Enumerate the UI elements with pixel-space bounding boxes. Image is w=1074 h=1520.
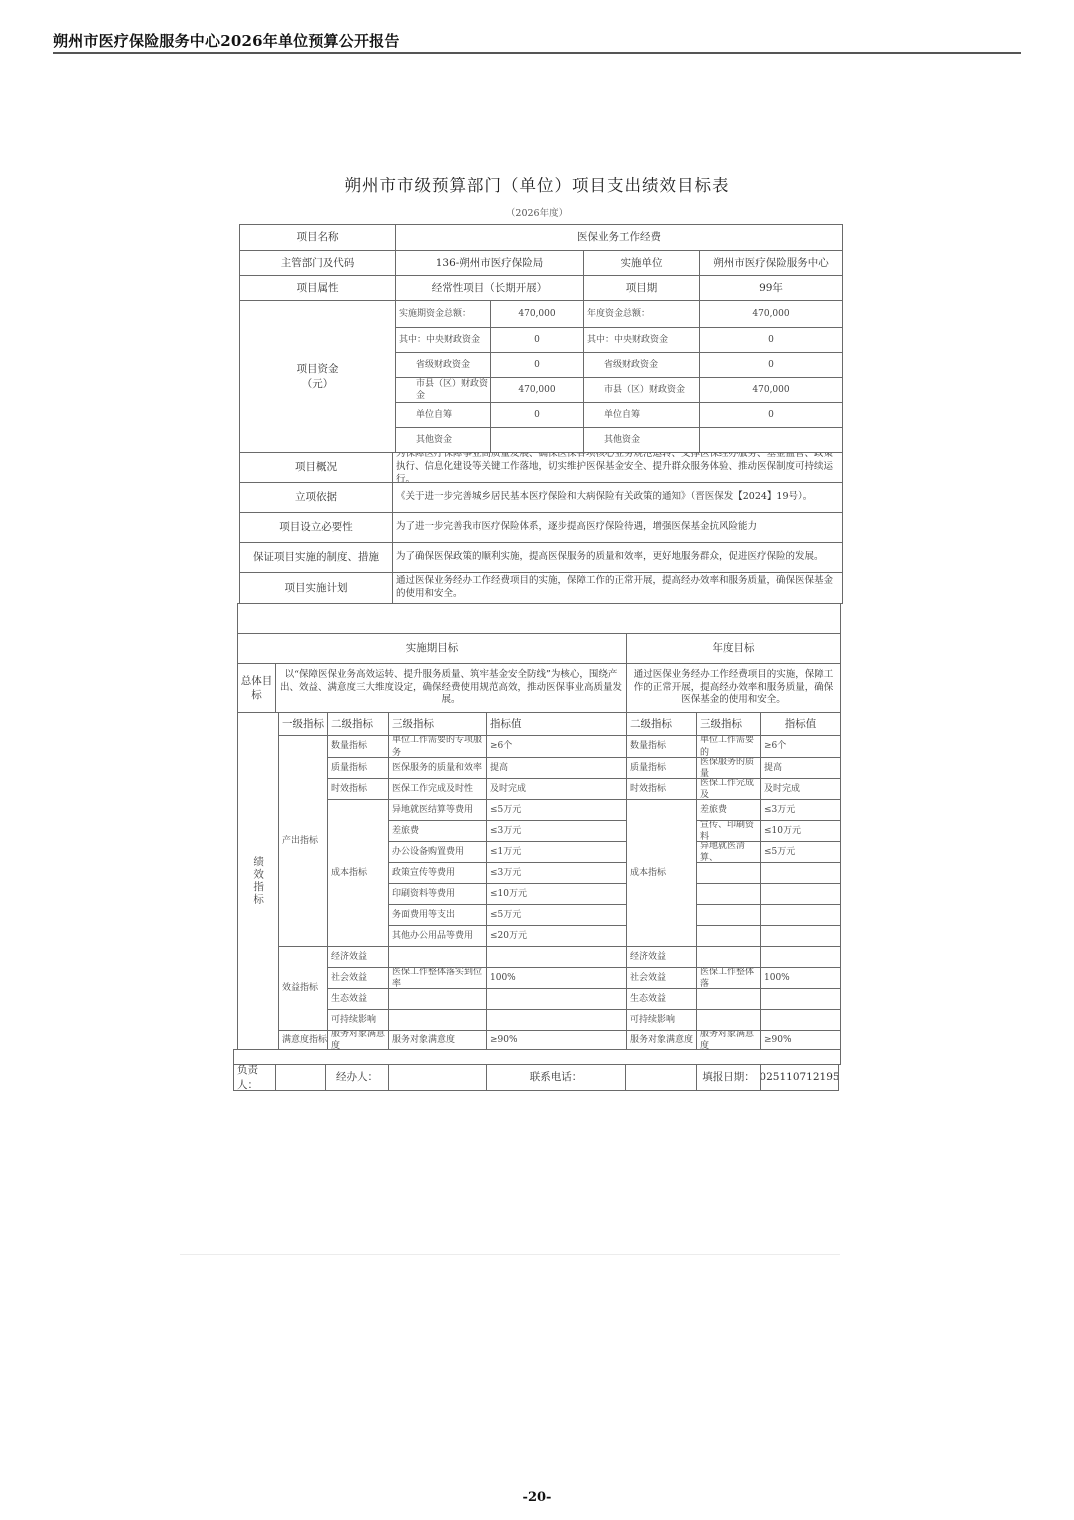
l2-cell: 数量指标 (327, 735, 389, 758)
phone-label: 联系电话： (486, 1064, 626, 1091)
value-cell: ≤5万元 (486, 799, 627, 821)
l3-cell (388, 1009, 487, 1031)
value-cell: ≥6个 (486, 735, 627, 758)
annual-l2-cell: 服务对象满意度 (626, 1030, 697, 1050)
value-cell: ≤1万元 (486, 841, 627, 863)
info-value: 为了进一步完善我市医疗保险体系，逐步提高医疗保险待遇，增强医保基金抗风险能力 (392, 512, 843, 543)
info-label: 项目概况 (239, 452, 393, 483)
annual-l2-cell: 生态效益 (626, 988, 697, 1010)
dept-label: 主管部门及代码 (239, 250, 396, 276)
impl-unit-value: 朔州市医疗保险服务中心 (699, 250, 843, 276)
project-name-value: 医保业务工作经费 (395, 224, 843, 251)
l3-cell: 服务对象满意度 (388, 1030, 487, 1050)
annual-l3-cell (696, 862, 761, 884)
scan-artifact-line (180, 1254, 840, 1255)
funds-row-annual-label: 其他资金 (583, 427, 700, 453)
overall-goal-label: 总体目标 (237, 663, 276, 713)
annual-value-cell (760, 988, 841, 1010)
performance-target-table: 项目名称医保业务工作经费主管部门及代码136-朔州市医疗保险局实施单位朔州市医疗… (0, 0, 1074, 1520)
value-cell: ≤3万元 (486, 820, 627, 842)
annual-l3-cell: 单位工作需要的 (696, 735, 761, 758)
annual-l3-cell: 医保服务的质量 (696, 757, 761, 779)
l3-cell (388, 946, 487, 968)
impl-period-goals-header: 实施期目标 (237, 633, 627, 664)
annual-l3-cell (696, 904, 761, 926)
header-l2: 二级指标 (327, 712, 389, 736)
value-cell: 100% (486, 967, 627, 989)
annual-l3-cell: 异地就医清算、 (696, 841, 761, 863)
l3-cell: 异地就医结算等费用 (388, 799, 487, 821)
annual-l3-cell (696, 925, 761, 947)
l3-cell: 印刷资料等费用 (388, 883, 487, 905)
funds-row-value: 0 (490, 402, 584, 428)
annual-l3-cell: 宣传、印刷资料 (696, 820, 761, 842)
l3-cell: 差旅费 (388, 820, 487, 842)
date-label: 填报日期： (696, 1064, 761, 1091)
page-number: -20- (0, 1490, 1074, 1505)
value-cell (486, 988, 627, 1010)
funds-row-annual-value: 470,000 (699, 377, 843, 403)
funds-row-annual-value: 0 (699, 352, 843, 378)
header-val: 指标值 (486, 712, 627, 736)
annual-value-cell: ≤5万元 (760, 841, 841, 863)
annual-l2-cell: 可持续影响 (626, 1009, 697, 1031)
funds-row-label: 市县（区）财政资金 (395, 377, 491, 403)
funds-row-value: 0 (490, 352, 584, 378)
funds-row-value: 0 (490, 327, 584, 353)
l3-cell: 单位工作需要的专项服务 (388, 735, 487, 758)
annual-value-cell (760, 883, 841, 905)
l2-cell: 时效指标 (327, 778, 389, 800)
funds-row-label: 其他资金 (395, 427, 491, 453)
project-name-label: 项目名称 (239, 224, 396, 251)
value-cell (486, 946, 627, 968)
impl-overall-goal: 以“保障医保业务高效运转、提升服务质量、筑牢基金安全防线”为核心，围绕产出、效益… (275, 663, 627, 713)
value-cell: ≤20万元 (486, 925, 627, 947)
funds-row-annual-label: 省级财政资金 (583, 352, 700, 378)
l3-cell: 政策宣传等费用 (388, 862, 487, 884)
l2-cell: 社会效益 (327, 967, 389, 989)
date-value: 20251107121951 (760, 1064, 839, 1091)
info-label: 立项依据 (239, 482, 393, 513)
header-l3: 三级指标 (388, 712, 487, 736)
annual-value-cell (760, 946, 841, 968)
l1-satisfaction: 满意度指标 (278, 1030, 328, 1050)
l2-cost: 成本指标 (327, 799, 389, 947)
annual-l2-cell: 社会效益 (626, 967, 697, 989)
annual-value-cell: ≥6个 (760, 735, 841, 758)
project-period-label: 项目期 (583, 275, 700, 301)
info-label: 保证项目实施的制度、措施 (239, 542, 393, 573)
annual-l3-cell: 医保工作整体落 (696, 967, 761, 989)
annual-goals-header: 年度目标 (626, 633, 841, 664)
annual-value-cell (760, 862, 841, 884)
funds-label-line2: （元） (297, 377, 339, 391)
funds-row-annual-value (699, 427, 843, 453)
funds-row-annual-label: 单位自筹 (583, 402, 700, 428)
blank-row (233, 1049, 841, 1065)
l2-cell: 质量指标 (327, 757, 389, 779)
annual-value-cell: 提高 (760, 757, 841, 779)
blank-row (237, 603, 841, 634)
funds-row-label: 省级财政资金 (395, 352, 491, 378)
l2-cell: 可持续影响 (327, 1009, 389, 1031)
annual-l3-cell: 服务对象满意度 (696, 1030, 761, 1050)
annual-l2-cell: 数量指标 (626, 735, 697, 758)
value-cell: ≥90% (486, 1030, 627, 1050)
annual-overall-goal: 通过医保业务经办工作经费项目的实施，保障工作的正常开展，提高经办效率和服务质量，… (626, 663, 841, 713)
info-label: 项目实施计划 (239, 572, 393, 604)
annual-l2-cost: 成本指标 (626, 799, 697, 947)
annual-l3-cell: 差旅费 (696, 799, 761, 821)
header-annual-val: 指标值 (760, 712, 841, 736)
annual-value-cell (760, 925, 841, 947)
responsible-label: 负责人： (233, 1064, 276, 1091)
project-period-value: 99年 (699, 275, 843, 301)
annual-value-cell: ≥90% (760, 1030, 841, 1050)
annual-l3-cell: 医保工作完成及 (696, 778, 761, 800)
phone-value (625, 1064, 697, 1091)
l3-cell (388, 988, 487, 1010)
impl-unit-label: 实施单位 (583, 250, 700, 276)
info-value: 为保障医疗保障事业高质量发展、确保医保各项核心业务规范运转、支撑医保经办服务、基… (392, 452, 843, 483)
project-attr-value: 经常性项目（长期开展） (395, 275, 584, 301)
annual-l3-cell (696, 946, 761, 968)
annual-value-cell: 及时完成 (760, 778, 841, 800)
info-value: 《关于进一步完善城乡居民基本医疗保险和大病保险有关政策的通知》（晋医保发【202… (392, 482, 843, 513)
l3-cell: 办公设备购置费用 (388, 841, 487, 863)
info-value: 通过医保业务经办工作经费项目的实施，保障工作的正常开展，提高经办效率和服务质量，… (392, 572, 843, 604)
funds-row-value: 470,000 (490, 300, 584, 328)
funds-row-annual-label: 年度资金总额： (583, 300, 700, 328)
l1-output: 产出指标 (278, 735, 328, 947)
annual-l2-cell: 经济效益 (626, 946, 697, 968)
info-label: 项目设立必要性 (239, 512, 393, 543)
funds-row-label: 单位自筹 (395, 402, 491, 428)
annual-value-cell (760, 904, 841, 926)
funds-row-value (490, 427, 584, 453)
annual-l3-cell (696, 883, 761, 905)
info-value: 为了确保医保政策的顺利实施，提高医保服务的质量和效率，更好地服务群众，促进医疗保… (392, 542, 843, 573)
annual-value-cell: ≤3万元 (760, 799, 841, 821)
funds-label-line1: 项目资金 (297, 362, 339, 376)
funds-row-annual-label: 市县（区）财政资金 (583, 377, 700, 403)
header-annual-l2: 二级指标 (626, 712, 697, 736)
funds-row-annual-value: 0 (699, 327, 843, 353)
annual-l2-cell: 质量指标 (626, 757, 697, 779)
l2-cell: 生态效益 (327, 988, 389, 1010)
value-cell: ≤5万元 (486, 904, 627, 926)
indicators-section-label: 绩效指标 (237, 712, 279, 1050)
l3-cell: 医保工作整体落实到位率 (388, 967, 487, 989)
value-cell: 提高 (486, 757, 627, 779)
l2-cell: 经济效益 (327, 946, 389, 968)
funds-row-label: 其中：中央财政资金 (395, 327, 491, 353)
annual-l2-cell: 时效指标 (626, 778, 697, 800)
funds-row-annual-value: 470,000 (699, 300, 843, 328)
funds-row-annual-value: 0 (699, 402, 843, 428)
annual-value-cell (760, 1009, 841, 1031)
value-cell: ≤10万元 (486, 883, 627, 905)
header-l1: 一级指标 (278, 712, 328, 736)
value-cell: ≤3万元 (486, 862, 627, 884)
indicators-section-text: 绩效指标 (251, 856, 265, 906)
annual-value-cell: ≤10万元 (760, 820, 841, 842)
funds-label: 项目资金（元） (239, 300, 396, 453)
value-cell: 及时完成 (486, 778, 627, 800)
annual-l3-cell (696, 988, 761, 1010)
value-cell (486, 1009, 627, 1031)
l3-cell: 医保工作完成及时性 (388, 778, 487, 800)
annual-l3-cell (696, 1009, 761, 1031)
header-annual-l3: 三级指标 (696, 712, 761, 736)
annual-value-cell: 100% (760, 967, 841, 989)
funds-row-value: 470,000 (490, 377, 584, 403)
l3-cell: 务面费用等支出 (388, 904, 487, 926)
l2-cell: 服务对象满意度 (327, 1030, 389, 1050)
dept-value: 136-朔州市医疗保险局 (395, 250, 584, 276)
l1-benefit: 效益指标 (278, 946, 328, 1031)
handler-label: 经办人： (325, 1064, 389, 1091)
project-attr-label: 项目属性 (239, 275, 396, 301)
funds-row-annual-label: 其中：中央财政资金 (583, 327, 700, 353)
responsible-value (275, 1064, 326, 1091)
l3-cell: 其他办公用品等费用 (388, 925, 487, 947)
handler-value (388, 1064, 487, 1091)
funds-row-label: 实施期资金总额： (395, 300, 491, 328)
l3-cell: 医保服务的质量和效率 (388, 757, 487, 779)
